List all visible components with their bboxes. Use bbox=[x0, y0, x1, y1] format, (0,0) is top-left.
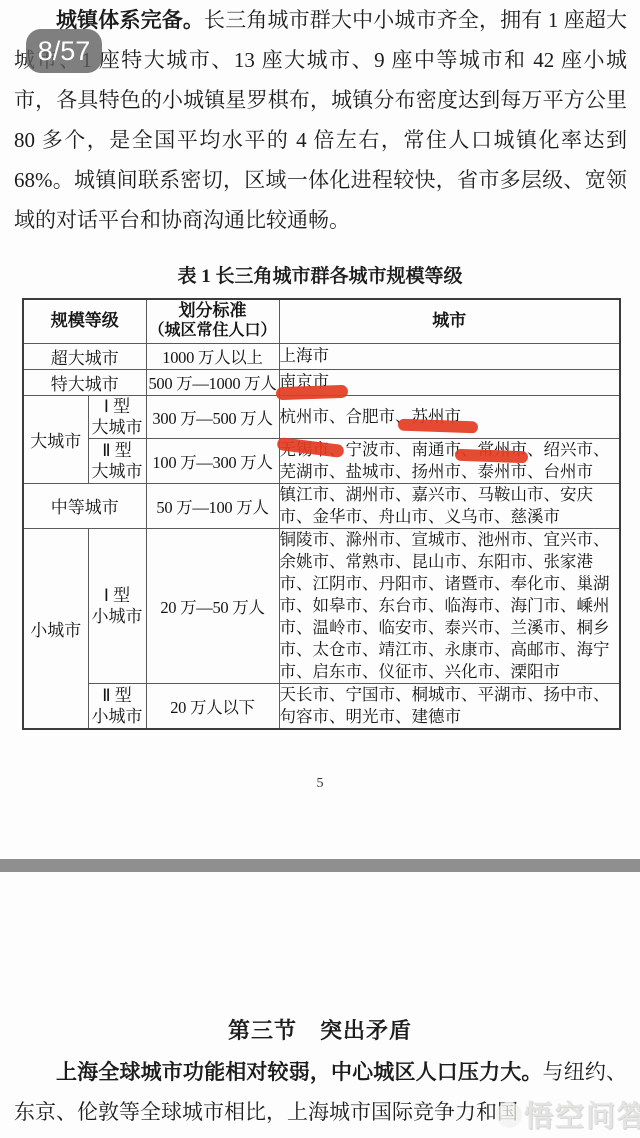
scale-sublevel-cell: Ⅱ 型 小城市 bbox=[88, 683, 146, 729]
table-row: Ⅱ 型 小城市20 万人以下天长市、宁国市、桐城市、平湖市、扬中市、句容市、明光… bbox=[23, 683, 620, 729]
watermark-logo-icon bbox=[496, 1102, 522, 1128]
scale-level-cell: 特大城市 bbox=[23, 369, 146, 395]
scale-group-cell: 小城市 bbox=[23, 528, 88, 729]
red-underline-annotation-nanjing bbox=[276, 385, 348, 401]
page-separator-band bbox=[0, 859, 640, 872]
table-row: 小城市Ⅰ 型 小城市20 万—50 万人铜陵市、滁州市、宣城市、池州市、宜兴市、… bbox=[23, 528, 620, 683]
scale-level-cell: 超大城市 bbox=[23, 343, 146, 369]
criteria-cell: 300 万—500 万人 bbox=[146, 395, 279, 438]
header-cities: 城市 bbox=[279, 299, 620, 343]
header-criteria-line2: （城区常住人口） bbox=[147, 321, 279, 341]
scale-level-cell: 中等城市 bbox=[23, 483, 146, 528]
scale-group-cell: 大城市 bbox=[23, 395, 88, 483]
table-header-row: 规模等级 划分标准 （城区常住人口） 城市 bbox=[23, 299, 620, 343]
paragraph-city-system: 城镇体系完备。长三角城市群大中小城市齐全，拥有 1 座超大城市、1 座特大城市、… bbox=[14, 0, 627, 240]
cities-cell: 天长市、宁国市、桐城市、平湖市、扬中市、句容市、明光市、建德市 bbox=[279, 683, 620, 729]
scale-sublevel-cell: Ⅰ 型 小城市 bbox=[88, 528, 146, 683]
table-row: 中等城市50 万—100 万人镇江市、湖州市、嘉兴市、马鞍山市、安庆市、金华市、… bbox=[23, 483, 620, 528]
paragraph-body-text: 长三角城市群大中小城市齐全，拥有 1 座超大城市、1 座特大城市、13 座大城市… bbox=[14, 8, 627, 232]
watermark-text: 悟空问答 bbox=[524, 1094, 640, 1135]
page-number: 5 bbox=[0, 776, 640, 792]
city-scale-table: 规模等级 划分标准 （城区常住人口） 城市 超大城市1000 万人以上上海市特大… bbox=[22, 298, 621, 730]
cities-cell: 铜陵市、滁州市、宣城市、池州市、宜兴市、余姚市、常熟市、昆山市、东阳市、张家港市… bbox=[279, 528, 620, 683]
criteria-cell: 50 万—100 万人 bbox=[146, 483, 279, 528]
header-criteria: 划分标准 （城区常住人口） bbox=[146, 299, 279, 343]
criteria-cell: 1000 万人以上 bbox=[146, 343, 279, 369]
section-heading: 第三节 突出矛盾 bbox=[0, 1014, 640, 1045]
criteria-cell: 20 万人以下 bbox=[146, 683, 279, 729]
page-indicator-badge: 8/57 bbox=[26, 29, 102, 73]
cities-cell: 镇江市、湖州市、嘉兴市、马鞍山市、安庆市、金华市、舟山市、义乌市、慈溪市 bbox=[279, 483, 620, 528]
table-row: 大城市Ⅰ 型 大城市300 万—500 万人杭州市、合肥市、苏州市 bbox=[23, 395, 620, 438]
table-row: 超大城市1000 万人以上上海市 bbox=[23, 343, 620, 369]
watermark: 悟空问答 bbox=[496, 1094, 640, 1135]
table-title: 表 1 长三角城市群各城市规模等级 bbox=[0, 261, 640, 288]
scale-sublevel-cell: Ⅱ 型 大城市 bbox=[88, 438, 146, 483]
red-underline-annotation-changzhou bbox=[455, 449, 528, 464]
paragraph-shanghai-lead-bold: 上海全球城市功能相对较弱，中心城区人口压力大。 bbox=[56, 1060, 543, 1084]
header-criteria-line1: 划分标准 bbox=[147, 301, 279, 321]
criteria-cell: 500 万—1000 万人 bbox=[146, 369, 279, 395]
criteria-cell: 100 万—300 万人 bbox=[146, 438, 279, 483]
cities-cell: 上海市 bbox=[279, 343, 620, 369]
criteria-cell: 20 万—50 万人 bbox=[146, 528, 279, 683]
document-page: 城镇体系完备。长三角城市群大中小城市齐全，拥有 1 座超大城市、1 座特大城市、… bbox=[0, 0, 640, 1138]
header-scale-level: 规模等级 bbox=[23, 299, 146, 343]
scale-sublevel-cell: Ⅰ 型 大城市 bbox=[88, 395, 146, 438]
